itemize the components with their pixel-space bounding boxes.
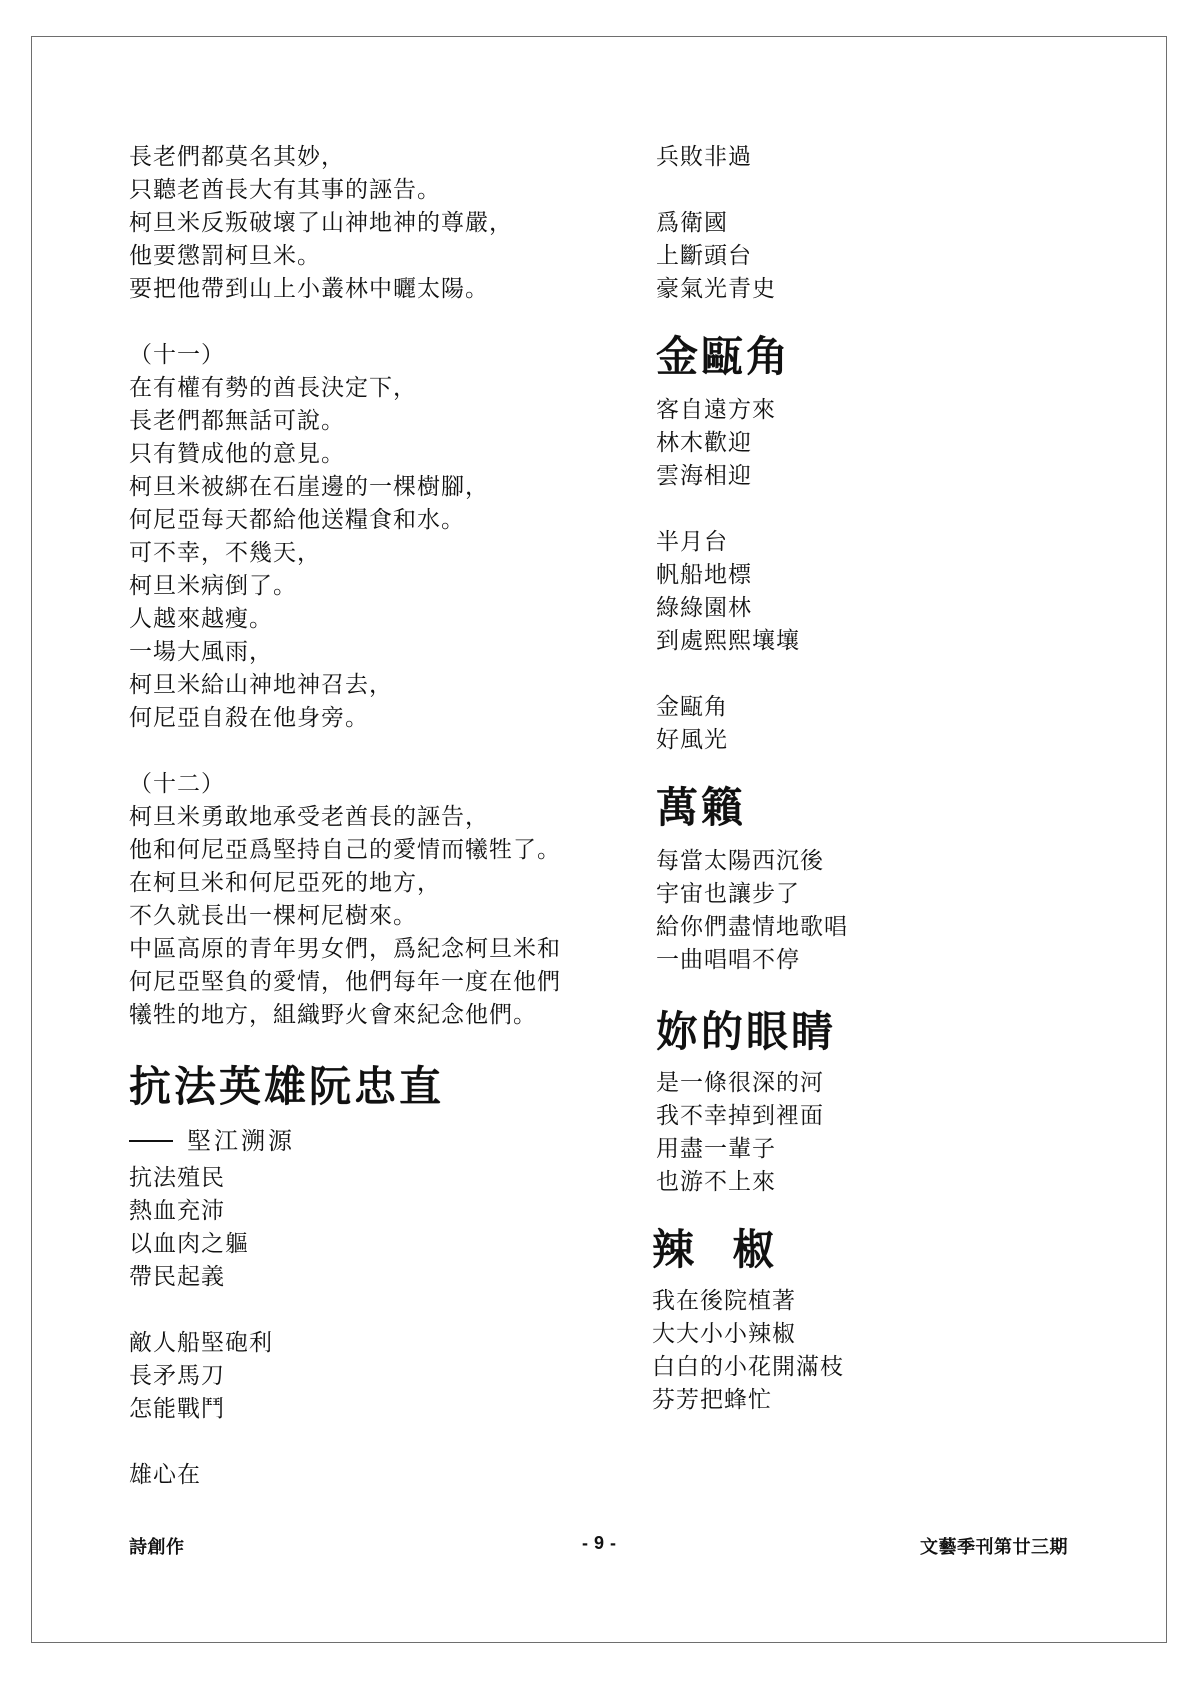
text-line: 在有權有勢的酋長決定下，: [129, 372, 609, 405]
text-line: 何尼亞堅負的愛情，他們每年一度在他們: [129, 966, 609, 999]
text-line: 長老們都莫名其妙，: [129, 141, 609, 174]
text-line: 人越來越瘦。: [129, 603, 609, 636]
text-line: 一曲唱唱不停: [656, 944, 1056, 977]
text-line: 長矛馬刀: [129, 1360, 609, 1393]
text-line: 他要懲罰柯旦米。: [129, 240, 609, 273]
text-line: 到處熙熙壤壤: [656, 625, 1056, 658]
text-line: 怎能戰鬥: [129, 1393, 609, 1426]
section-heading: （十一）: [129, 339, 609, 372]
text-line: 帆船地標: [656, 559, 1056, 592]
poem-wan-lai: 萬籟 每當太陽西沉後 宇宙也讓步了 給你們盡情地歌唱 一曲唱唱不停: [656, 783, 1056, 977]
text-line: 我在後院植著: [652, 1285, 1056, 1318]
text-line: 雄心在: [129, 1459, 609, 1492]
poem-your-eyes: 妳的眼睛 是一條很深的河 我不幸掉到裡面 用盡一輩子 也游不上來: [656, 1007, 1056, 1199]
text-line: 要把他帶到山上小叢林中曬太陽。: [129, 273, 609, 306]
section-heading: （十二）: [129, 768, 609, 801]
text-line: 敵人船堅砲利: [129, 1327, 609, 1360]
poem-chili: 辣 椒 我在後院植著 大大小小辣椒 白白的小花開滿枝 芬芳把蜂忙: [652, 1225, 1056, 1417]
text-line: 金甌角: [656, 691, 1056, 724]
stanza: 每當太陽西沉後 宇宙也讓步了 給你們盡情地歌唱 一曲唱唱不停: [656, 845, 1056, 977]
text-line: 在柯旦米和何尼亞死的地方，: [129, 867, 609, 900]
text-line: 只有贊成他的意見。: [129, 438, 609, 471]
poem-author: 堅江溯源: [129, 1124, 609, 1158]
stanza: 敵人船堅砲利 長矛馬刀 怎能戰鬥: [129, 1327, 609, 1426]
text-line: 兵敗非過: [656, 141, 1056, 174]
text-line: 只聽老酋長大有其事的誣告。: [129, 174, 609, 207]
footer-section-label: 詩創作: [129, 1533, 185, 1559]
text-line: 長老們都無話可說。: [129, 405, 609, 438]
stanza: 雄心在: [129, 1459, 609, 1492]
text-line: 綠綠園林: [656, 592, 1056, 625]
text-line: 白白的小花開滿枝: [652, 1351, 1056, 1384]
spacer: [656, 493, 1056, 526]
text-line: 帶民起義: [129, 1261, 609, 1294]
poem-title: 抗法英雄阮忠直: [129, 1062, 609, 1112]
poem-hero-continued: 兵敗非過 爲衛國 上斷頭台 豪氣光青史: [656, 141, 1056, 306]
text-line: 雲海相迎: [656, 460, 1056, 493]
text-line: 柯旦米被綁在石崖邊的一棵樹腳，: [129, 471, 609, 504]
text-line: 犧牲的地方，組織野火會來紀念他們。: [129, 999, 609, 1032]
text-line: 半月台: [656, 526, 1056, 559]
text-line: 中區高原的青年男女們，爲紀念柯旦米和: [129, 933, 609, 966]
text-line: 我不幸掉到裡面: [656, 1100, 1056, 1133]
author-name: 堅江溯源: [187, 1124, 295, 1158]
text-line: 宇宙也讓步了: [656, 878, 1056, 911]
poem-title: 金甌角: [656, 332, 1056, 382]
story-part-12: （十二） 柯旦米勇敢地承受老酋長的誣告， 他和何尼亞爲堅持自己的愛情而犧牲了。 …: [129, 768, 609, 1032]
text-line: 抗法殖民: [129, 1162, 609, 1195]
text-line: 他和何尼亞爲堅持自己的愛情而犧牲了。: [129, 834, 609, 867]
text-line: 是一條很深的河: [656, 1067, 1056, 1100]
em-dash: [129, 1140, 173, 1142]
left-column: 長老們都莫名其妙， 只聽老酋長大有其事的誣告。 柯旦米反叛破壞了山神地神的尊嚴，…: [129, 141, 609, 1492]
text-line: 柯旦米勇敢地承受老酋長的誣告，: [129, 801, 609, 834]
spacer: [129, 1426, 609, 1459]
text-line: 柯旦米病倒了。: [129, 570, 609, 603]
text-line: 何尼亞每天都給他送糧食和水。: [129, 504, 609, 537]
text-line: 以血肉之軀: [129, 1228, 609, 1261]
spacer: [656, 658, 1056, 691]
text-line: 一場大風雨，: [129, 636, 609, 669]
text-line: 芬芳把蜂忙: [652, 1384, 1056, 1417]
spacer: [129, 306, 609, 339]
poem-hero: 抗法英雄阮忠直 堅江溯源 抗法殖民 熱血充沛 以血肉之軀 帶民起義 敵人船堅砲利…: [129, 1062, 609, 1492]
text-line: 不久就長出一棵柯尼樹來。: [129, 900, 609, 933]
poem-title: 萬籟: [656, 783, 1056, 833]
stanza: 金甌角 好風光: [656, 691, 1056, 757]
poem-title: 妳的眼睛: [656, 1007, 1056, 1057]
stanza: 我在後院植著 大大小小辣椒 白白的小花開滿枝 芬芳把蜂忙: [652, 1285, 1056, 1417]
text-line: 林木歡迎: [656, 427, 1056, 460]
text-line: 給你們盡情地歌唱: [656, 911, 1056, 944]
text-line: 大大小小辣椒: [652, 1318, 1056, 1351]
story-continued: 長老們都莫名其妙， 只聽老酋長大有其事的誣告。 柯旦米反叛破壞了山神地神的尊嚴，…: [129, 141, 609, 306]
text-line: 熱血充沛: [129, 1195, 609, 1228]
stanza: 客自遠方來 林木歡迎 雲海相迎: [656, 394, 1056, 493]
footer-publication: 文藝季刊第廿三期: [920, 1533, 1068, 1559]
text-line: 柯旦米反叛破壞了山神地神的尊嚴，: [129, 207, 609, 240]
right-column: 兵敗非過 爲衛國 上斷頭台 豪氣光青史 金甌角 客自遠方來 林木歡迎 雲海相迎 …: [656, 141, 1056, 1417]
story-part-11: （十一） 在有權有勢的酋長決定下， 長老們都無話可說。 只有贊成他的意見。 柯旦…: [129, 339, 609, 735]
text-line: 用盡一輩子: [656, 1133, 1056, 1166]
text-line: 每當太陽西沉後: [656, 845, 1056, 878]
text-line: 上斷頭台: [656, 240, 1056, 273]
text-line: 爲衛國: [656, 207, 1056, 240]
stanza: 半月台 帆船地標 綠綠園林 到處熙熙壤壤: [656, 526, 1056, 658]
poem-kim-au-giac: 金甌角 客自遠方來 林木歡迎 雲海相迎 半月台 帆船地標 綠綠園林 到處熙熙壤壤…: [656, 332, 1056, 757]
text-line: 何尼亞自殺在他身旁。: [129, 702, 609, 735]
spacer: [129, 735, 609, 768]
footer-page-number: - 9 -: [582, 1533, 617, 1554]
text-line: 好風光: [656, 724, 1056, 757]
spacer: [656, 174, 1056, 207]
text-line: 柯旦米給山神地神召去，: [129, 669, 609, 702]
text-line: 可不幸，不幾天，: [129, 537, 609, 570]
text-line: 豪氣光青史: [656, 273, 1056, 306]
poem-title: 辣 椒: [652, 1225, 1056, 1275]
stanza: 是一條很深的河 我不幸掉到裡面 用盡一輩子 也游不上來: [656, 1067, 1056, 1199]
text-line: 客自遠方來: [656, 394, 1056, 427]
stanza: 抗法殖民 熱血充沛 以血肉之軀 帶民起義: [129, 1162, 609, 1294]
spacer: [129, 1294, 609, 1327]
text-line: 也游不上來: [656, 1166, 1056, 1199]
